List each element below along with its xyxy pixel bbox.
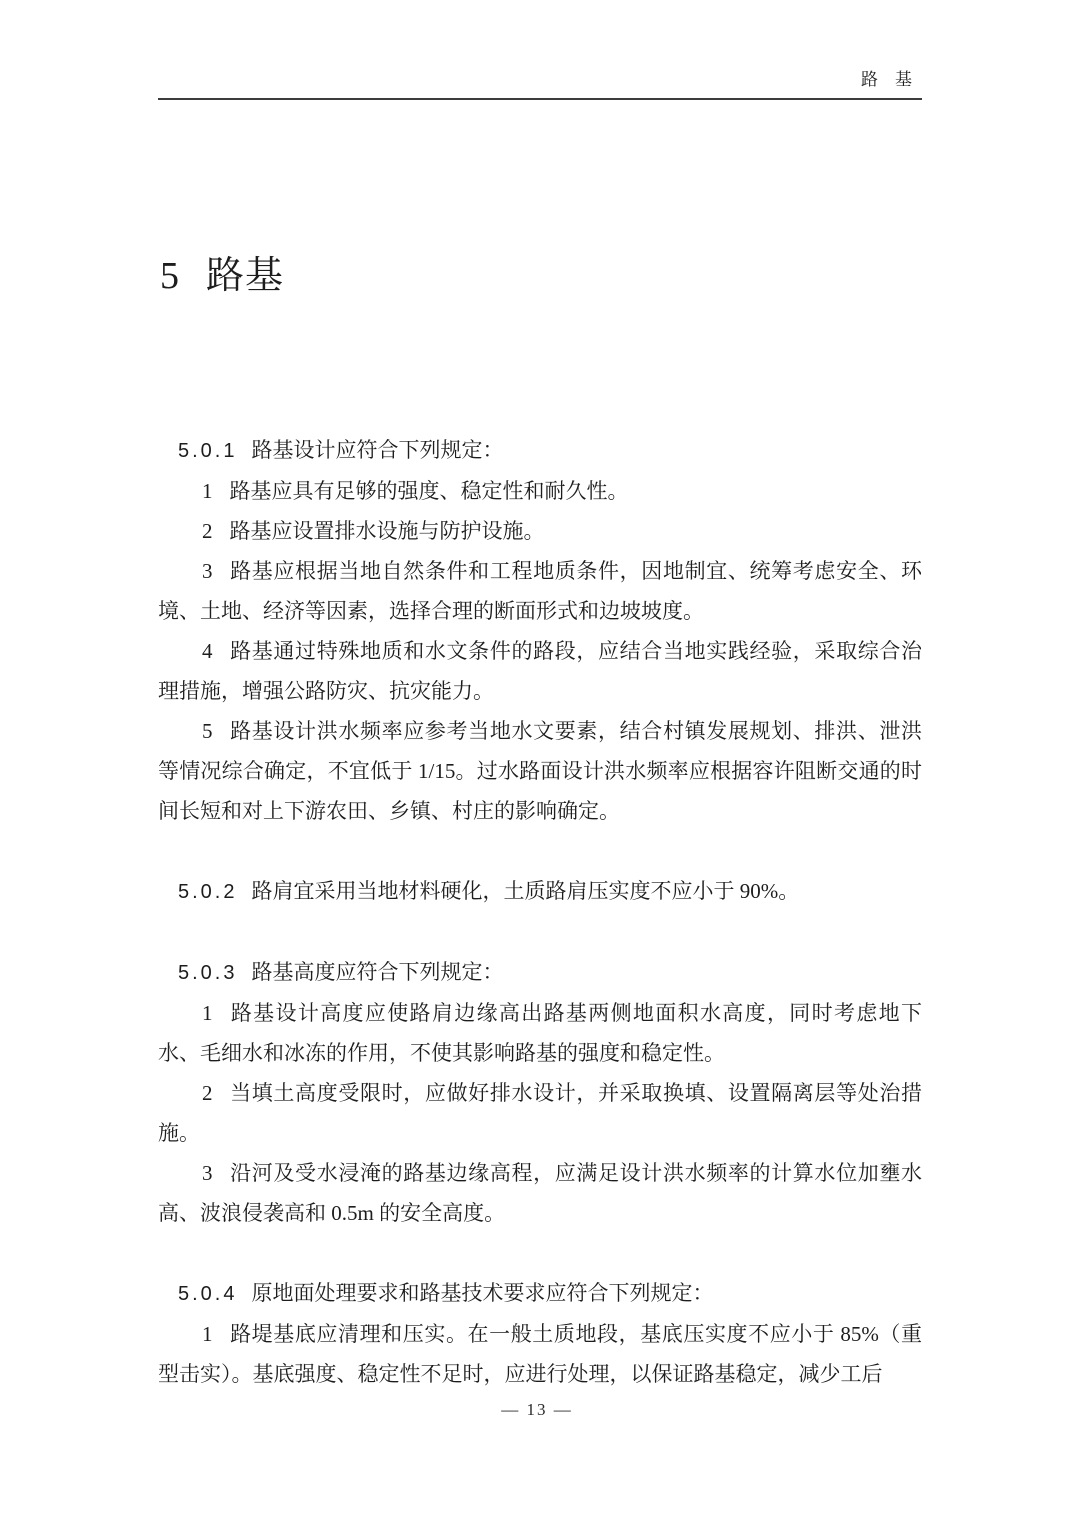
clause-item: 1路基应具有足够的强度、稳定性和耐久性。 bbox=[158, 471, 922, 511]
item-number: 3 bbox=[202, 559, 213, 583]
clause-heading-text: 路肩宜采用当地材料硬化，土质路肩压实度不应小于 90%。 bbox=[251, 879, 799, 903]
clause-item: 5路基设计洪水频率应参考当地水文要素，结合村镇发展规划、排洪、泄洪等情况综合确定… bbox=[158, 711, 922, 831]
clause-heading: 5.0.2路肩宜采用当地材料硬化，土质路肩压实度不应小于 90%。 bbox=[158, 871, 922, 912]
page-number: — 13 — bbox=[501, 1400, 573, 1419]
clause-number: 5.0.1 bbox=[178, 440, 237, 462]
item-text: 路基通过特殊地质和水文条件的路段，应结合当地实践经验，采取综合治理措施，增强公路… bbox=[158, 639, 922, 703]
clause-heading-text: 原地面处理要求和路基技术要求应符合下列规定： bbox=[251, 1281, 713, 1305]
clause-5-0-1: 5.0.1路基设计应符合下列规定： 1路基应具有足够的强度、稳定性和耐久性。 2… bbox=[158, 430, 922, 831]
item-number: 3 bbox=[202, 1161, 213, 1185]
item-number: 4 bbox=[202, 639, 213, 663]
item-text: 路基应设置排水设施与防护设施。 bbox=[230, 519, 545, 543]
item-number: 2 bbox=[202, 519, 213, 543]
item-text: 路基设计高度应使路肩边缘高出路基两侧地面积水高度，同时考虑地下水、毛细水和冰冻的… bbox=[158, 1001, 922, 1065]
item-number: 2 bbox=[202, 1081, 213, 1105]
clause-item: 2路基应设置排水设施与防护设施。 bbox=[158, 511, 922, 551]
chapter-heading: 5路基 bbox=[160, 252, 922, 300]
clause-item: 2当填土高度受限时，应做好排水设计，并采取换填、设置隔离层等处治措施。 bbox=[158, 1073, 922, 1153]
clause-number: 5.0.4 bbox=[178, 1283, 237, 1305]
page-content: 路 基 5路基 5.0.1路基设计应符合下列规定： 1路基应具有足够的强度、稳定… bbox=[158, 0, 922, 1394]
clause-item: 1路堤基底应清理和压实。在一般土质地段，基底压实度不应小于 85%（重型击实）。… bbox=[158, 1314, 922, 1394]
clause-5-0-4: 5.0.4原地面处理要求和路基技术要求应符合下列规定： 1路堤基底应清理和压实。… bbox=[158, 1273, 922, 1394]
clause-heading-text: 路基高度应符合下列规定： bbox=[251, 960, 503, 984]
item-text: 路基设计洪水频率应参考当地水文要素，结合村镇发展规划、排洪、泄洪等情况综合确定，… bbox=[158, 719, 922, 823]
item-number: 1 bbox=[202, 1322, 213, 1346]
clause-heading-text: 路基设计应符合下列规定： bbox=[251, 438, 503, 462]
clause-number: 5.0.3 bbox=[178, 962, 237, 984]
chapter-number: 5 bbox=[160, 255, 180, 297]
clause-item: 4路基通过特殊地质和水文条件的路段，应结合当地实践经验，采取综合治理措施，增强公… bbox=[158, 631, 922, 711]
running-header-title: 路 基 bbox=[861, 70, 912, 89]
clause-5-0-2: 5.0.2路肩宜采用当地材料硬化，土质路肩压实度不应小于 90%。 bbox=[158, 871, 922, 912]
item-text: 路基应具有足够的强度、稳定性和耐久性。 bbox=[230, 479, 629, 503]
chapter-title: 路基 bbox=[206, 255, 284, 297]
page-header: 路 基 bbox=[158, 62, 922, 100]
clause-5-0-3: 5.0.3路基高度应符合下列规定： 1路基设计高度应使路肩边缘高出路基两侧地面积… bbox=[158, 952, 922, 1233]
item-text: 沿河及受水浸淹的路基边缘高程，应满足设计洪水频率的计算水位加壅水高、波浪侵袭高和… bbox=[158, 1161, 922, 1225]
item-text: 当填土高度受限时，应做好排水设计，并采取换填、设置隔离层等处治措施。 bbox=[158, 1081, 922, 1145]
clause-item: 1路基设计高度应使路肩边缘高出路基两侧地面积水高度，同时考虑地下水、毛细水和冰冻… bbox=[158, 993, 922, 1073]
document-page: 路 基 5路基 5.0.1路基设计应符合下列规定： 1路基应具有足够的强度、稳定… bbox=[0, 0, 1074, 1520]
item-number: 5 bbox=[202, 719, 213, 743]
clause-heading: 5.0.4原地面处理要求和路基技术要求应符合下列规定： bbox=[158, 1273, 922, 1314]
item-text: 路堤基底应清理和压实。在一般土质地段，基底压实度不应小于 85%（重型击实）。基… bbox=[158, 1322, 922, 1386]
clause-item: 3路基应根据当地自然条件和工程地质条件，因地制宜、统筹考虑安全、环境、土地、经济… bbox=[158, 551, 922, 631]
item-number: 1 bbox=[202, 1001, 213, 1025]
clause-heading: 5.0.3路基高度应符合下列规定： bbox=[158, 952, 922, 993]
page-footer: — 13 — bbox=[0, 1400, 1074, 1420]
clause-heading: 5.0.1路基设计应符合下列规定： bbox=[158, 430, 922, 471]
item-text: 路基应根据当地自然条件和工程地质条件，因地制宜、统筹考虑安全、环境、土地、经济等… bbox=[158, 559, 922, 623]
item-number: 1 bbox=[202, 479, 213, 503]
clause-item: 3沿河及受水浸淹的路基边缘高程，应满足设计洪水频率的计算水位加壅水高、波浪侵袭高… bbox=[158, 1153, 922, 1233]
clause-number: 5.0.2 bbox=[178, 881, 237, 903]
